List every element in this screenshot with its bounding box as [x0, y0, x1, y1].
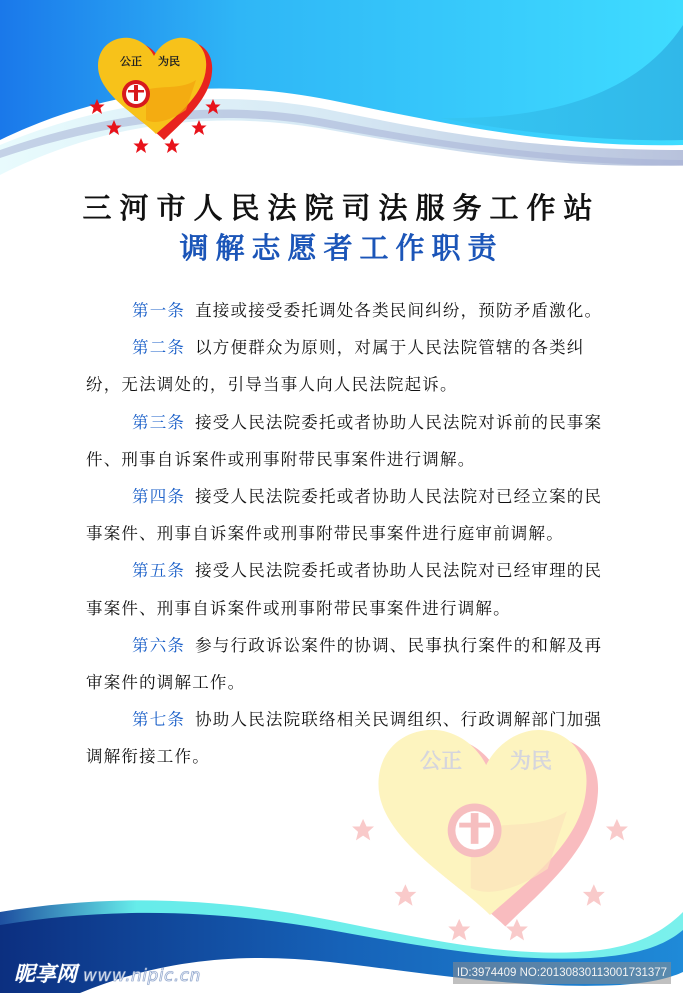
article-7: 第七条协助人民法院联络相关民调组织、行政调解部门加强调解衔接工作。 — [86, 701, 606, 775]
star-icon — [164, 138, 179, 153]
article-2: 第二条以方便群众为原则，对属于人民法院管辖的各类纠纷，无法调处的，引导当事人向人… — [86, 329, 606, 403]
watermark-site: www.nipic.cn — [83, 966, 201, 986]
article-label: 第四条 — [132, 487, 185, 506]
article-label: 第三条 — [132, 413, 185, 432]
star-icon — [191, 120, 206, 135]
watermark-brand-name: 昵享网 — [14, 962, 77, 986]
article-5: 第五条接受人民法院委托或者协助人民法院对已经审理的民事案件、刑事自诉案件或刑事附… — [86, 552, 606, 626]
article-label: 第七条 — [132, 710, 185, 729]
page-title: 三河市人民法院司法服务工作站 — [0, 186, 683, 227]
star-icon — [205, 99, 220, 114]
watermark-brand: 昵享网www.nipic.cn — [14, 958, 201, 988]
star-icon — [89, 99, 104, 114]
star-icon — [133, 138, 148, 153]
article-1: 第一条直接或接受委托调处各类民间纠纷，预防矛盾激化。 — [86, 292, 606, 329]
article-label: 第六条 — [132, 636, 185, 655]
article-label: 第一条 — [132, 301, 185, 320]
article-6: 第六条参与行政诉讼案件的协调、民事执行案件的和解及再审案件的调解工作。 — [86, 627, 606, 701]
article-label: 第二条 — [132, 338, 185, 357]
article-text: 直接或接受委托调处各类民间纠纷，预防矛盾激化。 — [195, 301, 602, 320]
star-icon — [106, 120, 121, 135]
logo-stars — [0, 0, 683, 200]
articles-list: 第一条直接或接受委托调处各类民间纠纷，预防矛盾激化。 第二条以方便群众为原则，对… — [86, 292, 606, 776]
article-3: 第三条接受人民法院委托或者协助人民法院对诉前的民事案件、刑事自诉案件或刑事附带民… — [86, 404, 606, 478]
page-subtitle: 调解志愿者工作职责 — [0, 226, 683, 267]
watermark-id: ID:3974409 NO:20130830113001731377 — [453, 962, 671, 984]
article-4: 第四条接受人民法院委托或者协助人民法院对已经立案的民事案件、刑事自诉案件或刑事附… — [86, 478, 606, 552]
article-label: 第五条 — [132, 561, 185, 580]
